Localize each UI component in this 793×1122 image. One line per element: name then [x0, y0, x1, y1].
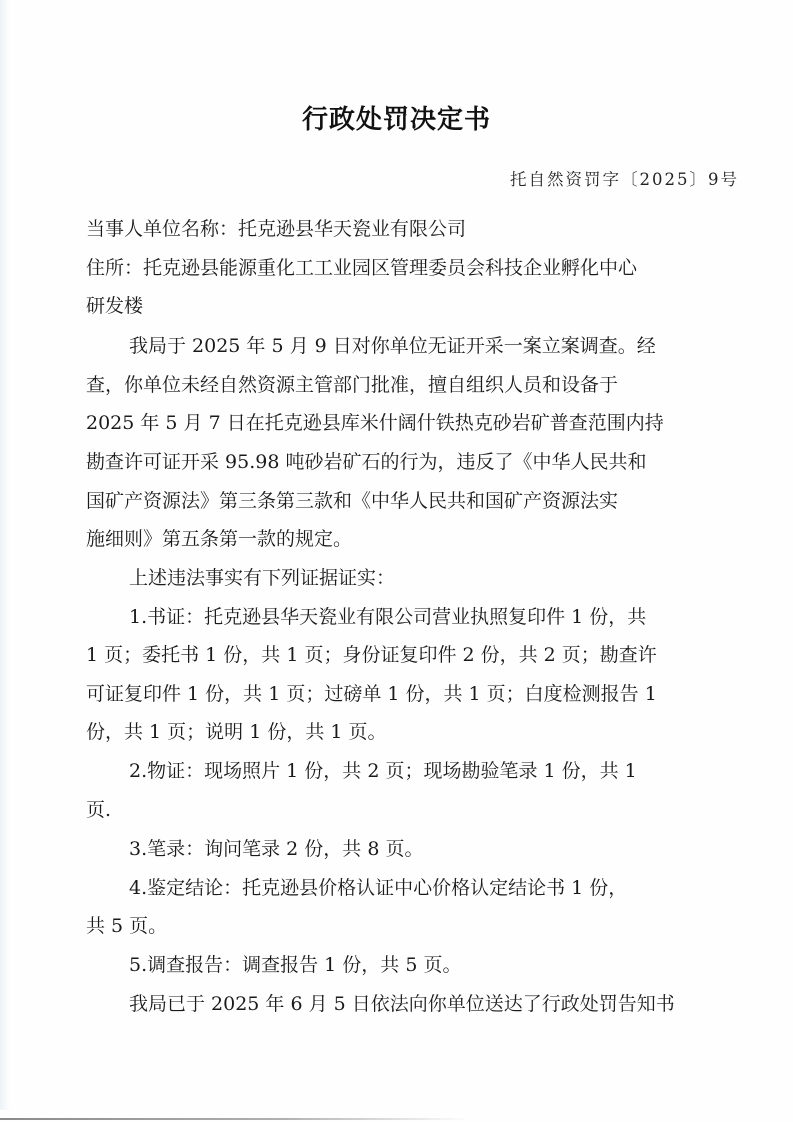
- scan-edge-shadow: [0, 0, 10, 1110]
- document-page: 行政处罚决定书 托自然资罚字〔2025〕9号 当事人单位名称：托克逊县华天瓷业有…: [0, 0, 793, 1122]
- document-number: 托自然资罚字〔2025〕9号: [510, 166, 739, 190]
- party-address-line: 住所：托克逊县能源重化工工业园区管理委员会科技企业孵化中心: [86, 256, 637, 280]
- body-line-2: 查，你单位未经自然资源主管部门批准，擅自组织人员和设备于: [86, 373, 618, 397]
- party-address-continuation: 研发楼: [86, 294, 143, 318]
- party-address-label: 住所：: [86, 257, 143, 279]
- evidence-5: 5.调查报告：调查报告 1 份，共 5 页。: [129, 953, 461, 977]
- body-line-1: 我局于 2025 年 5 月 9 日对你单位无证开采一案立案调查。经: [129, 334, 656, 358]
- evidence-4-line-1: 4.鉴定结论：托克逊县价格认证中心价格认定结论书 1 份，: [129, 876, 627, 900]
- body-line-3: 2025 年 5 月 7 日在托克逊县库米什阔什铁热克砂岩矿普查范围内持: [86, 411, 664, 435]
- party-name-label: 当事人单位名称：: [86, 218, 238, 240]
- body-line-5: 国矿产资源法》第三条第三款和《中华人民共和国矿产资源法实: [86, 489, 618, 513]
- evidence-1-line-3: 可证复印件 1 份，共 1 页；过磅单 1 份，共 1 页；白度检测报告 1: [86, 682, 657, 706]
- body-line-4: 勘查许可证开采 95.98 吨砂岩矿石的行为，违反了《中华人民共和: [86, 450, 646, 474]
- party-name-value: 托克逊县华天瓷业有限公司: [238, 218, 466, 240]
- notice-paragraph-line-1: 我局已于 2025 年 6 月 5 日依法向你单位送达了行政处罚告知书: [129, 992, 675, 1016]
- body-line-6: 施细则》第五条第一款的规定。: [86, 527, 352, 551]
- document-title: 行政处罚决定书: [0, 99, 793, 136]
- party-name-line: 当事人单位名称：托克逊县华天瓷业有限公司: [86, 217, 466, 241]
- party-address-value: 托克逊县能源重化工工业园区管理委员会科技企业孵化中心: [143, 257, 637, 279]
- scan-artifact-line: [0, 1118, 470, 1120]
- evidence-1-line-1: 1.书证：托克逊县华天瓷业有限公司营业执照复印件 1 份，共: [129, 605, 646, 629]
- evidence-intro: 上述违法事实有下列证据证实：: [129, 566, 395, 590]
- evidence-1-line-4: 份，共 1 页；说明 1 份，共 1 页。: [86, 720, 387, 744]
- evidence-3: 3.笔录：询问笔录 2 份，共 8 页。: [129, 837, 423, 861]
- evidence-1-line-2: 1 页；委托书 1 份，共 1 页；身份证复印件 2 份，共 2 页；勘查许: [86, 643, 657, 667]
- evidence-2-line-1: 2.物证：现场照片 1 份，共 2 页；现场勘验笔录 1 份，共 1: [129, 759, 637, 783]
- evidence-4-line-2: 共 5 页。: [86, 914, 167, 938]
- evidence-2-line-2: 页.: [86, 798, 111, 822]
